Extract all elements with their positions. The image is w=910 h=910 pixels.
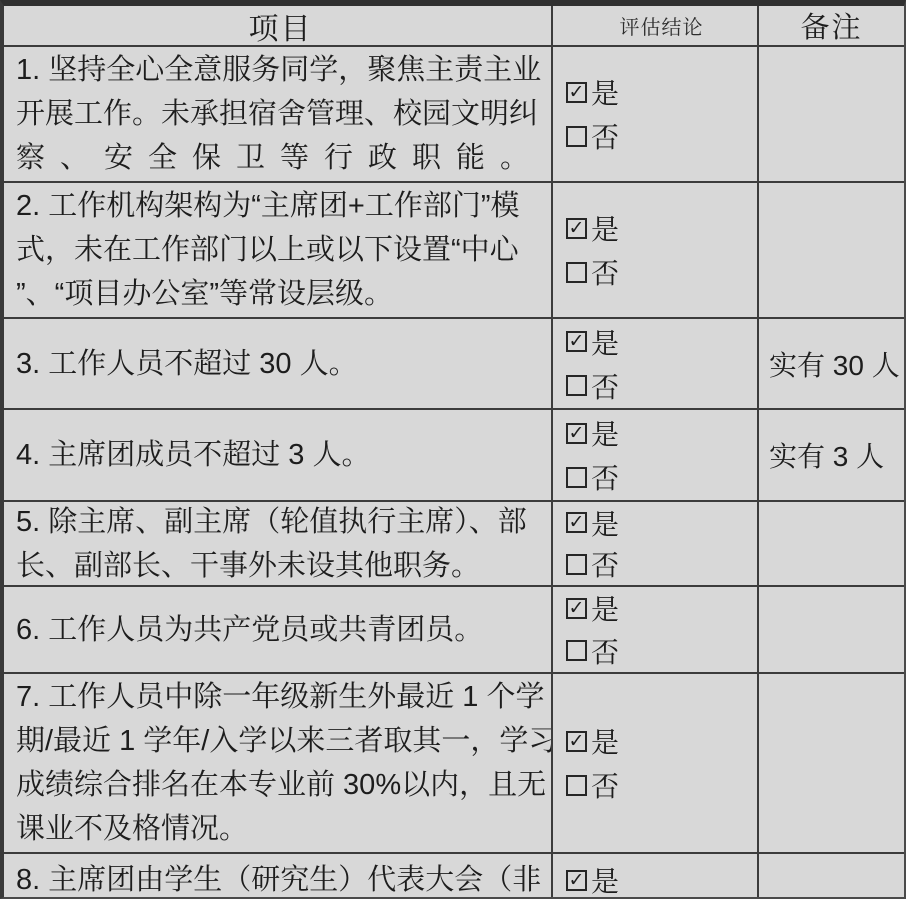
checkbox-no-label: 否 [591,116,619,156]
checkbox-yes-label: 是 [591,860,619,899]
item-text-line: 开展工作。未承担宿舍管理、校园文明纠 [16,92,545,136]
conclusion-cell: ✓ 是 否 [553,319,759,408]
checkbox-no[interactable]: 否 [566,364,757,408]
item-text-line: 课业不及格情况。 [16,807,545,851]
conclusion-cell: ✓ 是 否 [553,502,759,585]
header-cell-item: 项目 [4,6,553,45]
checkbox-yes[interactable]: ✓ 是 [566,858,757,899]
checkbox-checked-icon[interactable]: ✓ [566,598,587,619]
checkbox-checked-icon[interactable]: ✓ [566,731,587,752]
checkbox-checked-icon[interactable]: ✓ [566,870,587,891]
checkbox-no-label: 否 [591,252,619,292]
checkbox-yes[interactable]: ✓ 是 [566,206,757,250]
item-cell: 3. 工作人员不超过 30 人。 [4,319,553,408]
checkbox-no-label: 否 [591,457,619,497]
item-text-line: 8. 主席团由学生（研究生）代表大会（非 [16,858,545,899]
checkbox-yes-label: 是 [591,322,619,362]
checkbox-no[interactable]: 否 [566,630,757,673]
item-cell: 1. 坚持全心全意服务同学，聚焦主责主业 开展工作。未承担宿舍管理、校园文明纠 … [4,47,553,181]
checkbox-no[interactable]: 否 [566,250,757,294]
checkbox-checked-icon[interactable]: ✓ [566,512,587,533]
checkbox-yes-label: 是 [591,721,619,761]
table-row: 3. 工作人员不超过 30 人。 ✓ 是 否 实有 30 人 [4,319,904,410]
checkbox-no[interactable]: 否 [566,455,757,499]
checkbox-no-label: 否 [591,631,619,671]
table-row: 1. 坚持全心全意服务同学，聚焦主责主业 开展工作。未承担宿舍管理、校园文明纠 … [4,47,904,183]
remark-cell [759,183,904,317]
checkbox-yes-label: 是 [591,208,619,248]
checkbox-empty-icon[interactable] [566,126,587,147]
conclusion-cell: ✓ 是 否 [553,183,759,317]
table-row: 5. 除主席、副主席（轮值执行主席）、部 长、副部长、干事外未设其他职务。 ✓ … [4,502,904,587]
checkbox-empty-icon[interactable] [566,775,587,796]
checkbox-no[interactable]: 否 [566,763,757,807]
item-text-line: 2. 工作机构架构为“主席团+工作部门”模 [16,184,545,228]
evaluation-table: 项目 评估结论 备注 1. 坚持全心全意服务同学，聚焦主责主业 开展工作。未承担… [0,0,906,899]
item-text-line: 成绩综合排名在本专业前 30%以内，且无 [16,763,545,807]
conclusion-cell: ✓ 是 否 [553,587,759,672]
page: 项目 评估结论 备注 1. 坚持全心全意服务同学，聚焦主责主业 开展工作。未承担… [0,0,910,910]
table-row: 4. 主席团成员不超过 3 人。 ✓ 是 否 实有 3 人 [4,410,904,502]
remark-text: 实有 3 人 [769,435,904,475]
header-cell-remark: 备注 [759,6,904,45]
table-row: 6. 工作人员为共产党员或共青团员。 ✓ 是 否 [4,587,904,674]
checkbox-empty-icon[interactable] [566,554,587,575]
item-text-line: 6. 工作人员为共产党员或共青团员。 [16,608,545,652]
checkbox-yes-label: 是 [591,413,619,453]
conclusion-cell: ✓ 是 否 [553,47,759,181]
checkbox-yes[interactable]: ✓ 是 [566,411,757,455]
checkbox-empty-icon[interactable] [566,262,587,283]
item-cell: 6. 工作人员为共产党员或共青团员。 [4,587,553,672]
item-text-line: 1. 坚持全心全意服务同学，聚焦主责主业 [16,48,545,92]
checkbox-yes[interactable]: ✓ 是 [566,719,757,763]
item-text-line: 4. 主席团成员不超过 3 人。 [16,433,545,477]
checkbox-yes[interactable]: ✓ 是 [566,502,757,544]
checkbox-yes[interactable]: ✓ 是 [566,587,757,630]
checkbox-yes[interactable]: ✓ 是 [566,320,757,364]
remark-cell: 实有 3 人 [759,410,904,500]
header-row: 项目 评估结论 备注 [4,6,904,47]
item-cell: 4. 主席团成员不超过 3 人。 [4,410,553,500]
table-row: 7. 工作人员中除一年级新生外最近 1 个学 期/最近 1 学年/入学以来三者取… [4,674,904,854]
checkbox-checked-icon[interactable]: ✓ [566,423,587,444]
checkbox-no[interactable]: 否 [566,544,757,586]
remark-cell [759,502,904,585]
checkbox-empty-icon[interactable] [566,640,587,661]
checkbox-empty-icon[interactable] [566,375,587,396]
header-conclusion-label: 评估结论 [620,11,704,40]
checkbox-yes-label: 是 [591,503,619,543]
item-cell: 5. 除主席、副主席（轮值执行主席）、部 长、副部长、干事外未设其他职务。 [4,502,553,585]
checkbox-no-label: 否 [591,544,619,584]
item-cell: 2. 工作机构架构为“主席团+工作部门”模 式，未在工作部门以上或以下设置“中心… [4,183,553,317]
checkbox-checked-icon[interactable]: ✓ [566,331,587,352]
item-cell: 7. 工作人员中除一年级新生外最近 1 个学 期/最近 1 学年/入学以来三者取… [4,674,553,852]
remark-cell: 实有 30 人 [759,319,904,408]
conclusion-cell: ✓ 是 [553,854,759,899]
remark-cell [759,854,904,899]
table-row: 8. 主席团由学生（研究生）代表大会（非 ✓ 是 [4,854,904,899]
header-cell-conclusion: 评估结论 [553,6,759,45]
conclusion-cell: ✓ 是 否 [553,674,759,852]
checkbox-empty-icon[interactable] [566,467,587,488]
checkbox-no[interactable]: 否 [566,114,757,158]
item-text-line: 3. 工作人员不超过 30 人。 [16,342,545,386]
item-text-line: 期/最近 1 学年/入学以来三者取其一，学习 [16,719,545,763]
checkbox-yes-label: 是 [591,72,619,112]
checkbox-yes-label: 是 [591,588,619,628]
item-text-line: ”、“项目办公室”等常设层级。 [16,272,545,316]
item-text-line: 式，未在工作部门以上或以下设置“中心 [16,228,545,272]
header-remark-label: 备注 [800,6,862,45]
table-row: 2. 工作机构架构为“主席团+工作部门”模 式，未在工作部门以上或以下设置“中心… [4,183,904,319]
remark-text: 实有 30 人 [769,344,904,384]
checkbox-checked-icon[interactable]: ✓ [566,218,587,239]
header-item-label: 项目 [249,6,313,45]
item-text-line: 察、安全保卫等行政职能。 [16,136,545,180]
remark-cell [759,47,904,181]
item-text-line: 7. 工作人员中除一年级新生外最近 1 个学 [16,675,545,719]
remark-cell [759,674,904,852]
item-text-line: 5. 除主席、副主席（轮值执行主席）、部 [16,502,545,544]
remark-cell [759,587,904,672]
checkbox-yes[interactable]: ✓ 是 [566,70,757,114]
checkbox-no-label: 否 [591,366,619,406]
conclusion-cell: ✓ 是 否 [553,410,759,500]
item-cell: 8. 主席团由学生（研究生）代表大会（非 [4,854,553,899]
item-text-line: 长、副部长、干事外未设其他职务。 [16,544,545,586]
checkbox-checked-icon[interactable]: ✓ [566,82,587,103]
checkbox-no-label: 否 [591,765,619,805]
